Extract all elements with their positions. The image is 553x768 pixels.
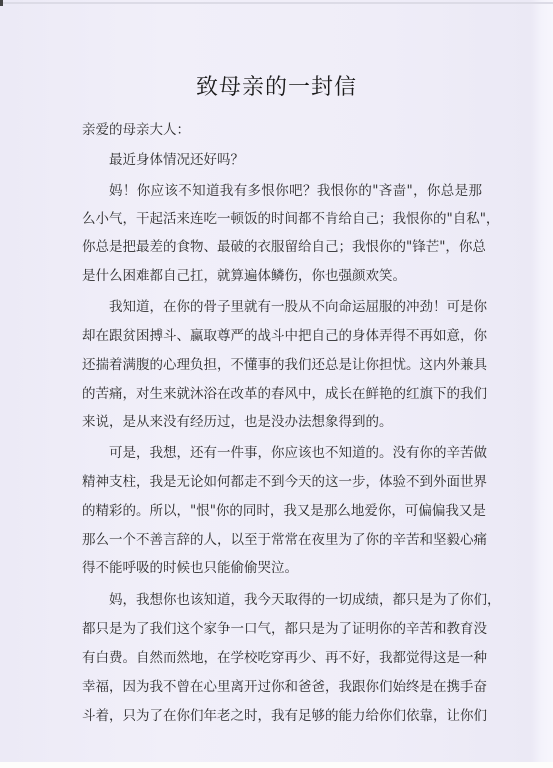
paragraph-line: 可是，我想，还有一件事，你应该也不知道的。没有你的辛苦做	[82, 441, 482, 461]
paragraph-line: 最近身体情况还好吗？	[82, 148, 482, 168]
paragraph-line: 么小气，干起活来连吃一顿饭的时间都不肯给自己；我恨你的"自私"，	[82, 207, 482, 227]
paragraph-line: 我知道，在你的骨子里就有一股从不向命运屈服的冲劲！可是你	[82, 295, 482, 315]
scan-corner-mark	[0, 0, 3, 6]
paragraph-line: 妈！你应该不知道我有多恨你吧？我恨你的"吝啬"，你总是那	[82, 179, 482, 199]
scan-bottom-edge	[0, 762, 553, 768]
paragraph-line: 得不能呼吸的时候也只能偷偷哭泣。	[82, 556, 482, 576]
paragraph-line: 还揣着满腹的心理负担，不懂事的我们还总是让你担忧。这内外兼具	[82, 353, 482, 373]
paragraph-line: 那么一个不善言辞的人，以至于常常在夜里为了你的辛苦和坚毅心痛	[82, 528, 482, 548]
salutation: 亲爱的母亲大人：	[82, 118, 482, 138]
letter-title: 致母亲的一封信	[0, 70, 553, 101]
paragraph-line: 的苦痛，对生来就沐浴在改革的春风中，成长在鲜艳的红旗下的我们	[82, 382, 482, 402]
paragraph-line: 来说，是从来没有经历过，也是没办法想象得到的。	[82, 410, 482, 430]
paragraph-line: 幸福，因为我不曾在心里离开过你和爸爸，我跟你们始终是在携手奋	[82, 675, 482, 695]
paragraph-line: 斗着，只为了在你们年老之时，我有足够的能力给你们依靠，让你们	[82, 704, 482, 724]
scan-top-edge	[0, 2, 553, 4]
paragraph-line: 你总是把最差的食物、最破的衣服留给自己；我恨你的"锋芒"，你总	[82, 235, 482, 255]
paragraph-line: 精神支柱，我是无论如何都走不到今天的这一步，体验不到外面世界	[82, 470, 482, 490]
paragraph-line: 妈，我想你也该知道，我今天取得的一切成绩，都只是为了你们，	[82, 588, 482, 608]
paragraph-line: 都只是为了我们这个家争一口气，都只是为了证明你的辛苦和教育没	[82, 617, 482, 637]
paragraph-line: 是什么困难都自己扛，就算遍体鳞伤，你也强颜欢笑。	[82, 264, 482, 284]
paragraph-line: 有白费。自然而然地，在学校吃穿再少、再不好，我都觉得这是一种	[82, 646, 482, 666]
scanned-page: 致母亲的一封信 亲爱的母亲大人： 最近身体情况还好吗？ 妈！你应该不知道我有多恨…	[0, 0, 553, 762]
paragraph-line: 的精彩的。所以，"恨"你的同时，我又是那么地爱你，可偏偏我又是	[82, 499, 482, 519]
paragraph-line: 却在跟贫困搏斗、赢取尊严的战斗中把自己的身体弄得不再如意，你	[82, 324, 482, 344]
